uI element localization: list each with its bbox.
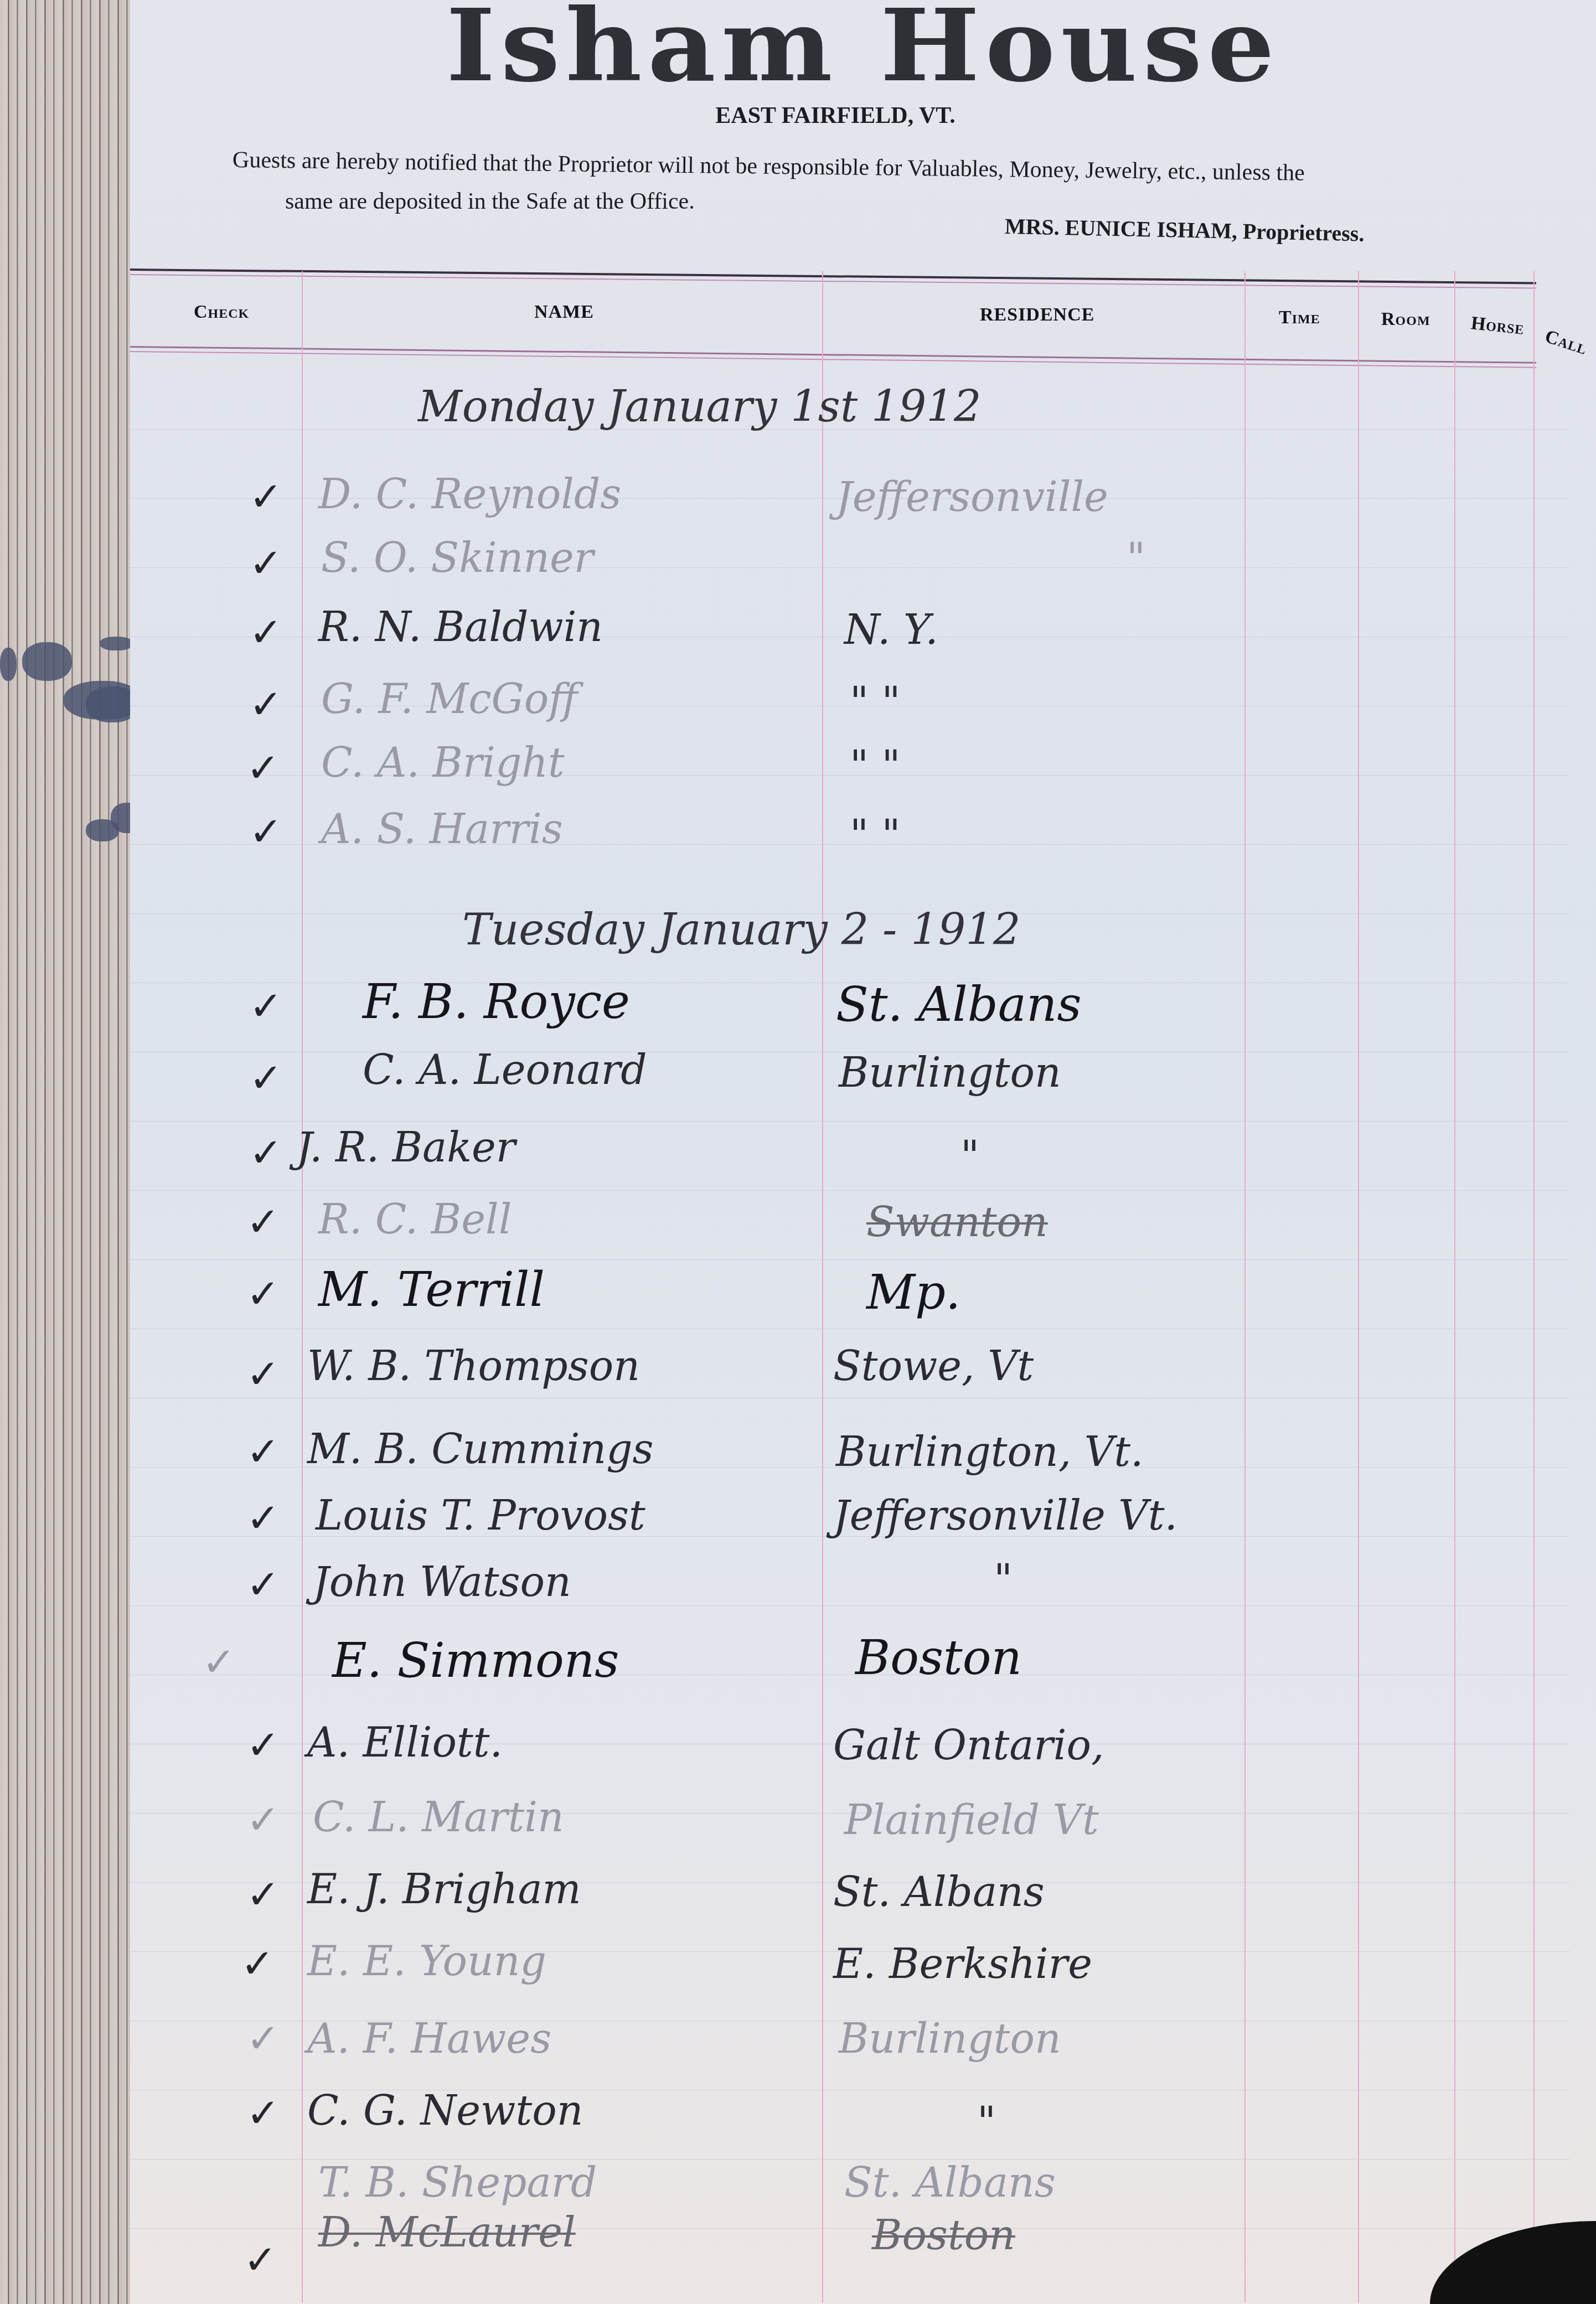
- guest-name: G. F. McGoff: [321, 675, 578, 723]
- column-divider: [302, 271, 303, 2303]
- check-mark: ✓: [202, 1639, 235, 1685]
- guest-residence: N. Y.: [844, 606, 938, 654]
- guest-residence: ": [960, 1132, 979, 1180]
- hotel-title: Isham House: [130, 0, 1596, 104]
- ink-stain: [86, 819, 119, 841]
- column-divider: [1358, 271, 1359, 2303]
- guest-name: Louis T. Provost: [316, 1492, 645, 1540]
- column-header-call: Call: [1542, 326, 1590, 359]
- guest-residence: Jeffersonville Vt.: [833, 1492, 1177, 1540]
- guest-name: C. G. Newton: [307, 2087, 583, 2135]
- guest-name: R. C. Bell: [318, 1196, 512, 1243]
- book-page-edges: [0, 0, 130, 2304]
- guest-name: D. McLaurel: [318, 2209, 576, 2256]
- guest-name: F. B. Royce: [363, 974, 630, 1030]
- guest-residence: St. Albans: [836, 977, 1082, 1032]
- row-rule: [130, 1329, 1569, 1329]
- ink-stain: [0, 648, 17, 681]
- check-mark: ✓: [246, 2090, 280, 2136]
- guest-name: T. B. Shepard: [318, 2159, 597, 2207]
- guest-residence: Boston: [855, 1630, 1022, 1686]
- check-mark: ✓: [249, 540, 282, 586]
- check-mark: ✓: [249, 808, 282, 855]
- check-mark: ✓: [246, 1871, 280, 1918]
- column-divider: [1244, 271, 1246, 2303]
- guest-name: C. A. Leonard: [363, 1046, 647, 1094]
- guest-residence: Burlington: [839, 2015, 1061, 2063]
- check-mark: ✓: [249, 1055, 282, 1101]
- row-rule: [130, 1259, 1569, 1260]
- guest-name: A. F. Hawes: [307, 2015, 551, 2063]
- ink-stain: [100, 637, 133, 650]
- guest-residence: Plainfield Vt: [844, 1796, 1099, 1844]
- check-mark: ✓: [246, 1495, 280, 1541]
- guest-residence: Burlington, Vt.: [836, 1428, 1143, 1476]
- guest-name: C. L. Martin: [313, 1794, 564, 1841]
- check-mark: ✓: [246, 1199, 280, 1245]
- row-rule: [130, 1398, 1569, 1398]
- guest-residence: E. Berkshire: [833, 1940, 1092, 1988]
- guest-residence: Boston: [872, 2212, 1015, 2259]
- guest-residence: Mp.: [866, 1265, 960, 1320]
- guest-residence: ": [977, 2098, 996, 2146]
- check-mark: ✓: [249, 983, 282, 1029]
- guest-name: E. Simmons: [332, 1633, 619, 1688]
- column-divider: [1533, 271, 1535, 2303]
- guest-residence: " ": [850, 811, 901, 859]
- column-divider: [822, 271, 823, 2303]
- guest-residence: " ": [850, 678, 901, 726]
- guest-name: M. Terrill: [318, 1262, 545, 1318]
- check-mark: ✓: [246, 1561, 280, 1608]
- guest-residence: Swanton: [866, 1199, 1048, 1246]
- guest-name: A. S. Harris: [321, 805, 563, 853]
- check-mark: ✓: [246, 745, 280, 791]
- check-mark: ✓: [244, 2236, 277, 2283]
- proprietress-name: MRS. EUNICE ISHAM, Proprietress.: [1005, 213, 1365, 247]
- check-mark: ✓: [241, 1940, 274, 1987]
- guest-name: J. R. Baker: [296, 1124, 515, 1171]
- check-mark: ✓: [249, 681, 282, 727]
- liability-notice-line-1: Guests are hereby notified that the Prop…: [233, 147, 1596, 190]
- guest-name: A. Elliott.: [307, 1719, 503, 1766]
- row-rule: [130, 1121, 1569, 1122]
- guest-residence: Stowe, Vt: [833, 1342, 1034, 1390]
- guest-name: R. N. Baldwin: [318, 603, 603, 651]
- guest-name: D. C. Reynolds: [318, 471, 621, 518]
- guest-name: E. E. Young: [307, 1938, 546, 1985]
- check-mark: ✓: [249, 473, 282, 520]
- header-rule-top: [130, 268, 1536, 288]
- column-header-horse: Horse: [1470, 313, 1525, 339]
- check-mark: ✓: [249, 609, 282, 655]
- check-mark: ✓: [246, 1796, 280, 1843]
- guest-name: John Watson: [313, 1558, 571, 1606]
- check-mark: ✓: [246, 1351, 280, 1397]
- guest-residence: Galt Ontario,: [833, 1722, 1104, 1769]
- column-header-time: Time: [1279, 307, 1320, 328]
- ink-stain: [22, 642, 72, 681]
- column-header-check: Check: [194, 302, 249, 323]
- guest-residence: ": [1127, 534, 1145, 582]
- row-rule: [130, 1190, 1569, 1191]
- register-page: Isham House EAST FAIRFIELD, VT. Guests a…: [130, 0, 1596, 2304]
- column-header-name: NAME: [534, 302, 594, 323]
- column-divider: [1454, 271, 1455, 2303]
- check-mark: ✓: [246, 2015, 280, 2062]
- check-mark: ✓: [249, 1129, 282, 1176]
- hotel-location: EAST FAIRFIELD, VT.: [130, 102, 1541, 129]
- guest-residence: St. Albans: [833, 1868, 1045, 1916]
- guest-residence: St. Albans: [844, 2159, 1056, 2207]
- date-heading: Monday January 1st 1912: [418, 382, 982, 432]
- header-rule-bottom: [130, 346, 1536, 368]
- guest-name: E. J. Brigham: [307, 1866, 581, 1913]
- check-mark: ✓: [246, 1270, 280, 1317]
- check-mark: ✓: [246, 1722, 280, 1768]
- guest-residence: Burlington: [839, 1049, 1061, 1097]
- liability-notice-line-2: same are deposited in the Safe at the Of…: [285, 188, 695, 215]
- guest-residence: " ": [850, 742, 901, 789]
- guest-residence: ": [994, 1556, 1013, 1603]
- guest-name: S. O. Skinner: [321, 534, 593, 582]
- column-header-residence: RESIDENCE: [980, 304, 1094, 326]
- date-heading: Tuesday January 2 - 1912: [462, 905, 1021, 955]
- column-header-room: Room: [1381, 309, 1430, 330]
- guest-name: M. B. Cummings: [307, 1425, 654, 1473]
- check-mark: ✓: [246, 1428, 280, 1475]
- guest-residence: Jeffersonville: [836, 473, 1108, 521]
- guest-name: W. B. Thompson: [307, 1342, 640, 1390]
- guest-name: C. A. Bright: [321, 739, 565, 787]
